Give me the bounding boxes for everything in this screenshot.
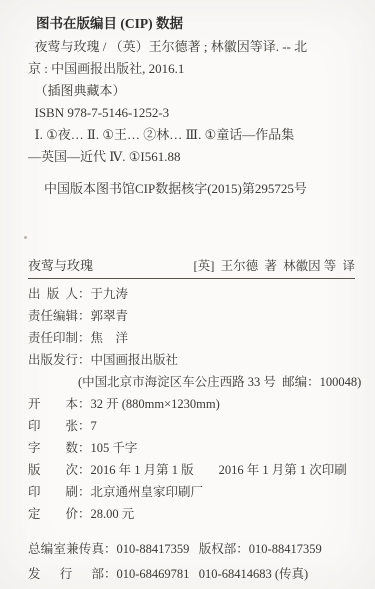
row-colon: ： (78, 327, 91, 349)
colophon-page: 图书在版编目 (CIP) 数据 夜莺与玫瑰 / （英）王尔德著 ; 林徽因等译.… (0, 0, 375, 589)
row-value: 于九涛 (91, 283, 129, 305)
row-value: 焦 洋 (91, 327, 129, 349)
row-value: 105 千字 (91, 437, 138, 459)
contact-value: 010-68469781 010-68414683 (传真) (117, 562, 309, 587)
row-colon: ： (78, 393, 91, 415)
cip-record-number: 中国版本图书馆CIP数据核字(2015)第295725号 (44, 176, 355, 202)
row-colon: ： (78, 481, 91, 503)
row-label: 版次 (28, 459, 78, 481)
row-value: 中国画报出版社 (91, 349, 179, 371)
cip-lines: 夜莺与玫瑰 / （英）王尔德著 ; 林徽因等译. -- 北京 : 中国画报出版社… (28, 36, 355, 168)
publication-info-row: 出版发行 ： 中国画报出版社 (28, 349, 355, 371)
cip-line: （插图典藏本） (28, 80, 355, 102)
row-label: 开本 (28, 393, 78, 415)
row-colon: ： (78, 305, 91, 327)
book-title: 夜莺与玫瑰 (28, 255, 93, 274)
contact-rows: 总编室兼传真 ： 010-88417359 版权部：010-88417359 发… (28, 537, 355, 587)
row-colon: ： (78, 437, 91, 459)
row-value: 32 开 (880mm×1230mm) (91, 393, 220, 415)
cip-line: 夜莺与玫瑰 / （英）王尔德著 ; 林徽因等译. -- 北 (28, 36, 355, 58)
publication-info-row: 开本 ： 32 开 (880mm×1230mm) (28, 393, 355, 415)
publication-info-row: 字数 ： 105 千字 (28, 437, 355, 459)
row-label: 责任印制 (28, 327, 78, 349)
publication-info-rows: 出版人 ： 于九涛 责任编辑 ： 郭翠青 责任印制 ： 焦 洋 出版发行 ： 中… (28, 283, 355, 525)
colophon-section: 夜莺与玫瑰 [英] 王尔德 著 林徽因 等 译 出版人 ： 于九涛 责任编辑 ：… (28, 248, 355, 587)
cip-line: Ⅰ. ①夜… Ⅱ. ①王… ②林… Ⅲ. ①童话—作品集 (28, 124, 355, 146)
publication-info-row: 印刷 ： 北京通州皇家印刷厂 (28, 481, 355, 503)
contact-row: 发行部 ： 010-68469781 010-68414683 (传真) (28, 562, 355, 587)
row-value: 北京通州皇家印刷厂 (91, 481, 204, 503)
publication-info-row: 定价 ： 28.00 元 (28, 503, 355, 525)
row-colon: ： (78, 459, 91, 481)
contact-row: 总编室兼传真 ： 010-88417359 版权部：010-88417359 (28, 537, 355, 562)
row-value: 郭翠青 (91, 305, 129, 327)
row-value: 28.00 元 (91, 503, 135, 525)
cip-line: —英国—近代 Ⅳ. ①I561.88 (28, 146, 355, 168)
row-value: (中国北京市海淀区车公庄西路 33 号 邮编：100048) (78, 371, 361, 393)
publication-info-row: 印张 ： 7 (28, 415, 355, 437)
publication-info-row: (中国北京市海淀区车公庄西路 33 号 邮编：100048) (28, 371, 355, 393)
row-colon: ： (78, 415, 91, 437)
cip-line: 京 : 中国画报出版社, 2016.1 (28, 58, 355, 80)
cip-section: 图书在版编目 (CIP) 数据 夜莺与玫瑰 / （英）王尔德著 ; 林徽因等译.… (28, 12, 355, 202)
row-label (28, 371, 78, 393)
cip-heading: 图书在版编目 (CIP) 数据 (36, 12, 355, 36)
row-label: 定价 (28, 503, 78, 525)
contact-colon: ： (104, 562, 117, 587)
row-value: 7 (91, 415, 97, 437)
scan-speck (24, 236, 27, 239)
row-label: 出版发行 (28, 349, 78, 371)
row-value: 2016 年 1 月第 1 版 2016 年 1 月第 1 次印刷 (91, 459, 347, 481)
row-label: 责任编辑 (28, 305, 78, 327)
title-row: 夜莺与玫瑰 [英] 王尔德 著 林徽因 等 译 (28, 248, 355, 279)
publication-info-row: 版次 ： 2016 年 1 月第 1 版 2016 年 1 月第 1 次印刷 (28, 459, 355, 481)
contact-value: 010-88417359 版权部：010-88417359 (117, 537, 322, 562)
row-label: 印张 (28, 415, 78, 437)
row-colon: ： (78, 349, 91, 371)
row-colon: ： (78, 283, 91, 305)
publication-info-row: 出版人 ： 于九涛 (28, 283, 355, 305)
author-byline: [英] 王尔德 著 林徽因 等 译 (194, 256, 355, 274)
publication-info-row: 责任印制 ： 焦 洋 (28, 327, 355, 349)
contact-label: 总编室兼传真 (28, 537, 104, 562)
contact-label: 发行部 (28, 562, 104, 587)
row-label: 字数 (28, 437, 78, 459)
row-colon: ： (78, 503, 91, 525)
cip-line: ISBN 978-7-5146-1252-3 (28, 102, 355, 124)
contact-colon: ： (104, 537, 117, 562)
row-label: 出版人 (28, 283, 78, 305)
row-label: 印刷 (28, 481, 78, 503)
publication-info-row: 责任编辑 ： 郭翠青 (28, 305, 355, 327)
